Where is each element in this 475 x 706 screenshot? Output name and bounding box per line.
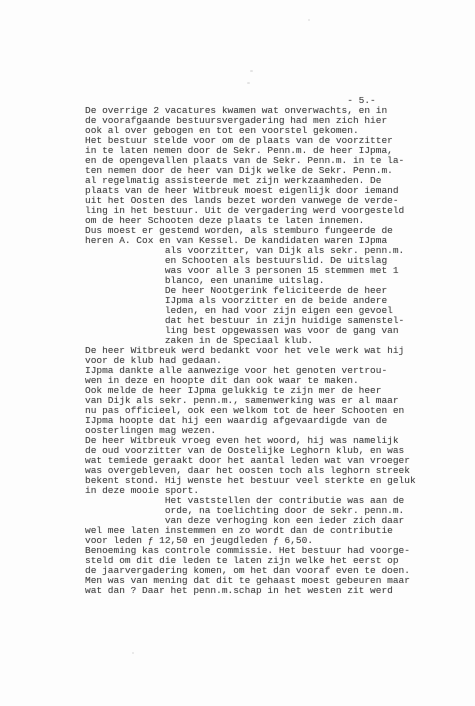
scan-speck [132,652,134,654]
scanned-page: - 5.-De overrige 2 vacatures kwamen wat … [0,0,475,706]
scan-speck [247,82,250,84]
scan-speck [250,70,253,72]
scan-speck [308,19,310,21]
text-line: wat dan ? Daar het penn.m.schap in het w… [85,586,416,596]
typewritten-text: - 5.-De overrige 2 vacatures kwamen wat … [85,96,416,596]
